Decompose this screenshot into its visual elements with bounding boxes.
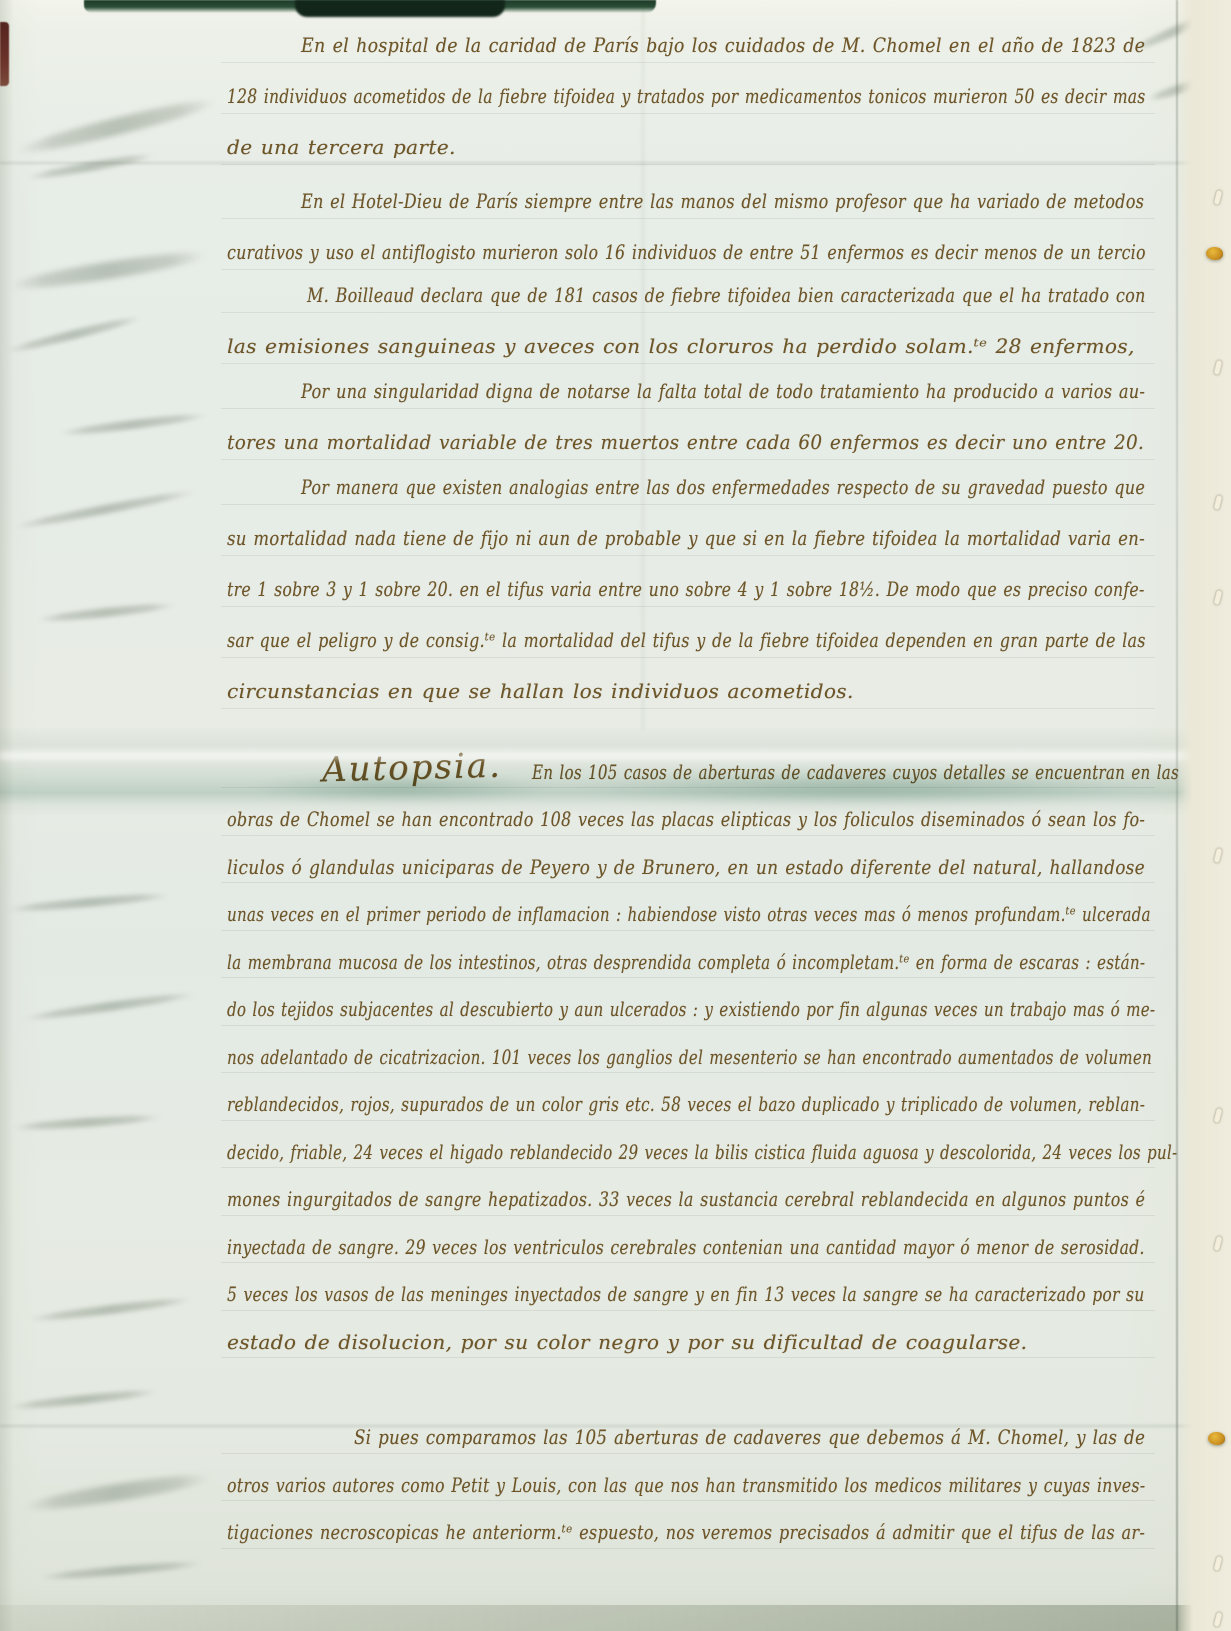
manuscript-line: Por una singularidad digna de notarse la…	[227, 366, 1145, 417]
bleedthrough-mark	[15, 93, 218, 159]
horizontal-crease	[0, 1424, 1231, 1428]
paragraph-autopsia: Autopsia.En los 105 casos de aberturas d…	[227, 740, 1145, 1366]
manuscript-line: las emisiones sanguineas y aveces con lo…	[227, 321, 1145, 372]
manuscript-line: inyectada de sangre. 29 veces los ventri…	[227, 1224, 1145, 1272]
binding-fold-line	[1176, 0, 1178, 1631]
bleedthrough-mark	[8, 246, 208, 294]
manuscript-line: estado de disolucion, por su color negro…	[227, 1319, 1145, 1367]
red-binding-sliver	[0, 22, 9, 86]
green-binder-edge-dark	[295, 0, 505, 17]
bleedthrough-mark	[28, 1295, 193, 1324]
manuscript-line: 128 individuos acometidos de la fiebre t…	[227, 71, 1145, 122]
bleedthrough-mark	[13, 487, 196, 531]
bleedthrough-mark	[22, 990, 197, 1023]
manuscript-line: En el hospital de la caridad de París ba…	[227, 20, 1145, 71]
manuscript-page: En el hospital de la caridad de París ba…	[0, 0, 1231, 1631]
manuscript-line: unas veces en el primer periodo de infla…	[227, 891, 1145, 939]
manuscript-line: decido, friable, 24 veces el higado rebl…	[227, 1129, 1145, 1177]
manuscript-line: En el Hotel-Dieu de París siempre entre …	[227, 176, 1145, 227]
bleedthrough-mark	[8, 1387, 158, 1412]
bleedthrough-mark	[6, 891, 171, 914]
bleedthrough-mark	[5, 313, 143, 356]
bleedthrough-mark	[22, 1469, 212, 1516]
manuscript-line: la membrana mucosa de los intestinos, ot…	[227, 939, 1145, 987]
manuscript-line: su mortalidad nada tiene de fijo ni aun …	[227, 513, 1145, 564]
bleedthrough-mark	[58, 411, 208, 438]
manuscript-line: do los tejidos subjacentes al descubiert…	[227, 986, 1145, 1034]
manuscript-line: Si pues comparamos las 105 aberturas de …	[227, 1414, 1145, 1462]
bleedthrough-mark	[26, 151, 156, 182]
manuscript-line: tores una mortalidad variable de tres mu…	[227, 417, 1145, 468]
paragraph-3: M. Boilleaud declara que de 181 casos de…	[227, 270, 1145, 372]
manuscript-line: circunstancias en que se hallan los indi…	[227, 666, 1145, 717]
manuscript-line: de una tercera parte.	[227, 122, 1145, 173]
paragraph-2: En el Hotel-Dieu de París siempre entre …	[227, 176, 1145, 278]
bleedthrough-mark	[36, 601, 176, 625]
manuscript-line: 5 veces los vasos de las meninges inyect…	[227, 1271, 1145, 1319]
paragraph-5: Por manera que existen analogias entre l…	[227, 462, 1145, 717]
bleedthrough-mark	[12, 1113, 162, 1132]
manuscript-line: otros varios autores como Petit y Louis,…	[227, 1462, 1145, 1510]
paragraph-7: Si pues comparamos las 105 aberturas de …	[227, 1414, 1145, 1557]
binding-edge-strip	[1178, 0, 1231, 1631]
paragraph-4: Por una singularidad digna de notarse la…	[227, 366, 1145, 468]
manuscript-line: Por manera que existen analogias entre l…	[227, 462, 1145, 513]
fold-smudge	[580, 770, 1140, 806]
wax-seal-dot	[1206, 247, 1223, 260]
manuscript-line: liculos ó glandulas uniciparas de Peyero…	[227, 844, 1145, 892]
bleedthrough-mark	[38, 1559, 203, 1582]
bottom-shadow-band	[0, 1605, 1231, 1631]
center-fold-highlight	[0, 752, 1231, 760]
manuscript-line: tigaciones necroscopicas he anteriorm.ᵗᵉ…	[227, 1509, 1145, 1557]
manuscript-line: nos adelantado de cicatrizacion. 101 vec…	[227, 1034, 1145, 1082]
manuscript-line: reblandecidos, rojos, supurados de un co…	[227, 1081, 1145, 1129]
manuscript-line: mones ingurgitados de sangre hepatizados…	[227, 1176, 1145, 1224]
manuscript-line: sar que el peligro y de consig.ᵗᵉ la mor…	[227, 615, 1145, 666]
paragraph-1: En el hospital de la caridad de París ba…	[227, 20, 1145, 173]
manuscript-line: M. Boilleaud declara que de 181 casos de…	[227, 270, 1145, 321]
manuscript-line: tre 1 sobre 3 y 1 sobre 20. en el tifus …	[227, 564, 1145, 615]
manuscript-text: En el hospital de la caridad de París ba…	[227, 0, 1145, 1631]
page-left-shadow	[0, 0, 14, 1631]
horizontal-crease	[0, 161, 1231, 165]
fold-smudge	[250, 774, 550, 802]
wax-seal-dot	[1208, 1432, 1225, 1445]
